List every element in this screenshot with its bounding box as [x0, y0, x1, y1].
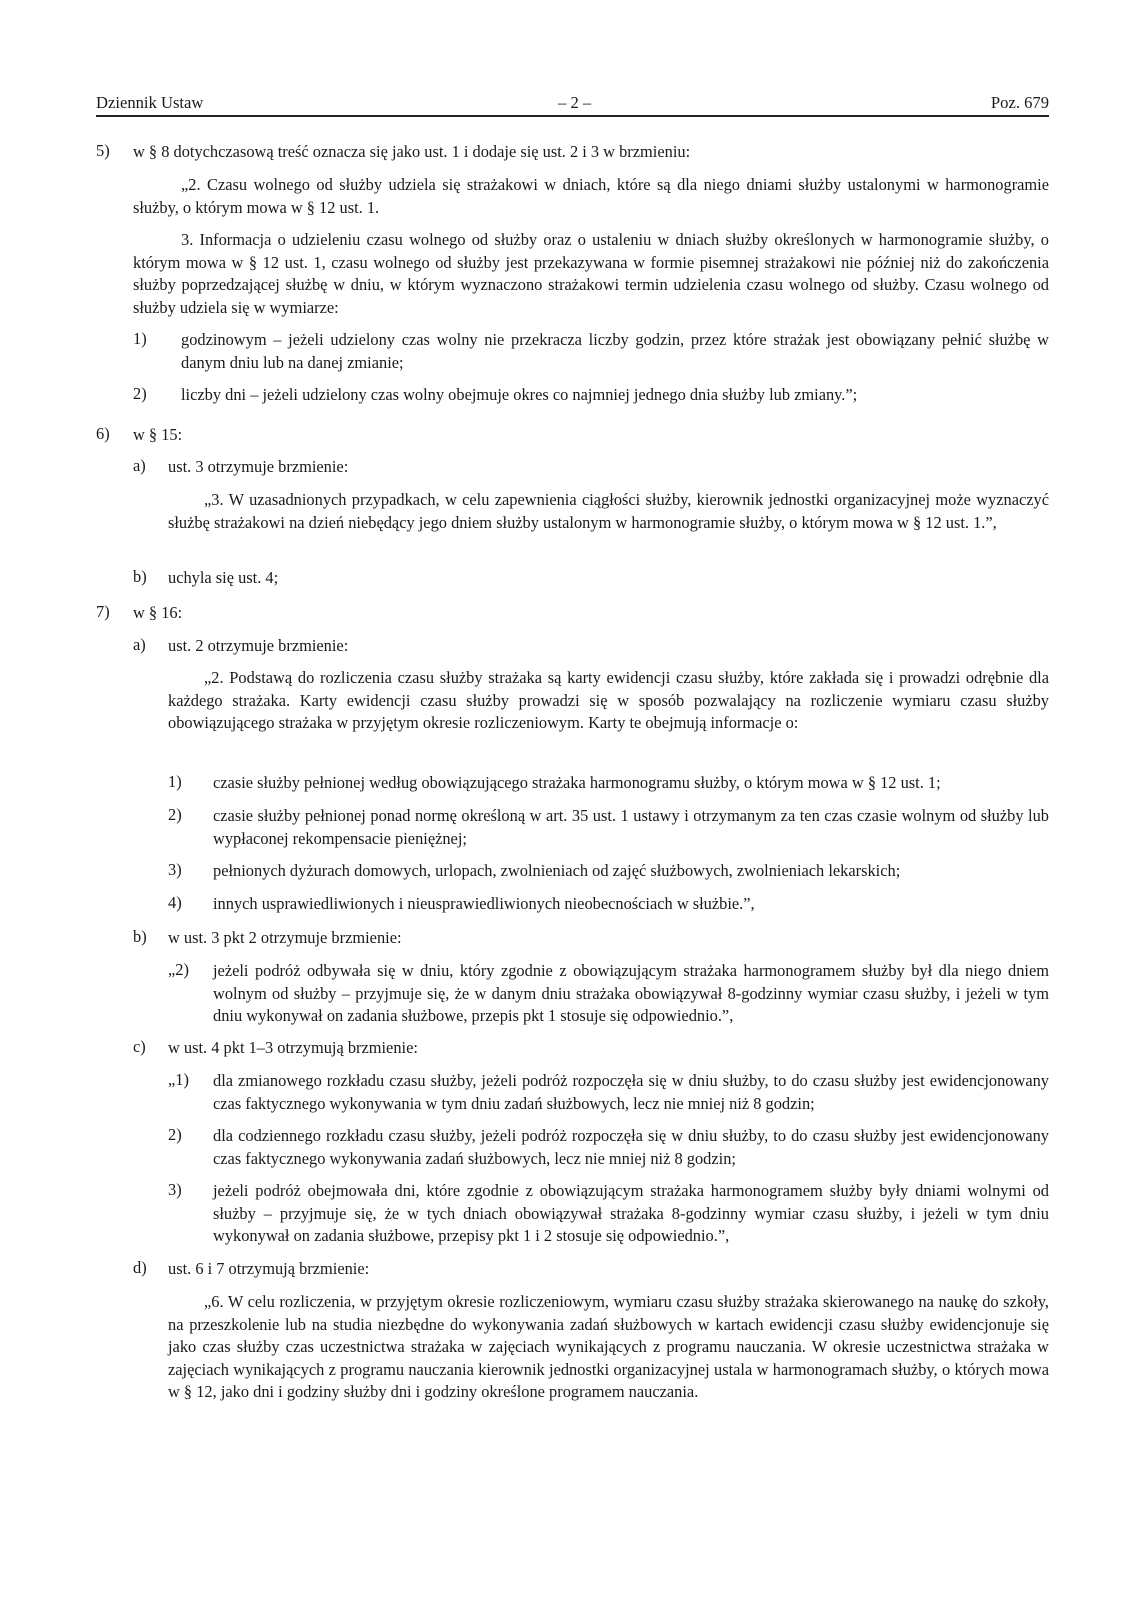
point-text: czasie służby pełnionej ponad normę okre… [213, 805, 1049, 850]
letter-number: c) [133, 1037, 146, 1057]
point-number: 2) [168, 1125, 182, 1145]
point-number: „2) [168, 960, 189, 980]
letter-number: b) [133, 927, 147, 947]
point-text: dla zmianowego rozkładu czasu służby, je… [213, 1070, 1049, 1115]
page-number: – 2 – [558, 93, 591, 113]
letter-text: w ust. 3 pkt 2 otrzymuje brzmienie: [168, 927, 1048, 950]
point-number: 2) [133, 384, 147, 404]
point-text: dla codziennego rozkładu czasu służby, j… [213, 1125, 1049, 1170]
point-number: 3) [168, 1180, 182, 1200]
letter-number: b) [133, 567, 147, 587]
letter-number: d) [133, 1258, 147, 1278]
point-text: innych usprawiedliwionych i nieusprawied… [213, 893, 1049, 916]
point-text: jeżeli podróż obejmowała dni, które zgod… [213, 1180, 1049, 1248]
letter-text: ust. 2 otrzymuje brzmienie: [168, 635, 1048, 658]
point-number: 4) [168, 893, 182, 913]
letter-text: ust. 3 otrzymuje brzmienie: [168, 456, 1048, 479]
point-text: pełnionych dyżurach domowych, urlopach, … [213, 860, 1049, 883]
item-text: w § 8 dotychczasową treść oznacza się ja… [133, 141, 1049, 164]
point-text: czasie służby pełnionej według obowiązuj… [213, 772, 1049, 795]
item-text: w § 15: [133, 424, 1049, 447]
point-text: godzinowym – jeżeli udzielony czas wolny… [181, 329, 1049, 374]
item-number: 6) [96, 424, 110, 444]
point-text: liczby dni – jeżeli udzielony czas wolny… [181, 384, 1049, 407]
quoted-paragraph: „2. Podstawą do rozliczenia czasu służby… [168, 667, 1049, 735]
item-number: 5) [96, 141, 110, 161]
quoted-paragraph: „6. W celu rozliczenia, w przyjętym okre… [168, 1291, 1049, 1404]
quoted-paragraph: „3. W uzasadnionych przypadkach, w celu … [168, 489, 1049, 534]
item-number: 7) [96, 602, 110, 622]
journal-title: Dziennik Ustaw [96, 93, 203, 113]
point-number: „1) [168, 1070, 189, 1090]
item-text: w § 16: [133, 602, 1049, 625]
point-text: jeżeli podróż odbywała się w dniu, który… [213, 960, 1049, 1028]
point-number: 1) [168, 772, 182, 792]
letter-text: w ust. 4 pkt 1–3 otrzymują brzmienie: [168, 1037, 1048, 1060]
letter-number: a) [133, 456, 146, 476]
letter-text: uchyla się ust. 4; [168, 567, 1048, 590]
page-header: Dziennik Ustaw – 2 – Poz. 679 [96, 93, 1049, 117]
point-number: 1) [133, 329, 147, 349]
position-number: Poz. 679 [991, 93, 1049, 113]
quoted-paragraph: 3. Informacja o udzieleniu czasu wolnego… [133, 229, 1049, 319]
quoted-paragraph: „2. Czasu wolnego od służby udziela się … [133, 174, 1049, 219]
letter-number: a) [133, 635, 146, 655]
point-number: 2) [168, 805, 182, 825]
point-number: 3) [168, 860, 182, 880]
letter-text: ust. 6 i 7 otrzymują brzmienie: [168, 1258, 1048, 1281]
